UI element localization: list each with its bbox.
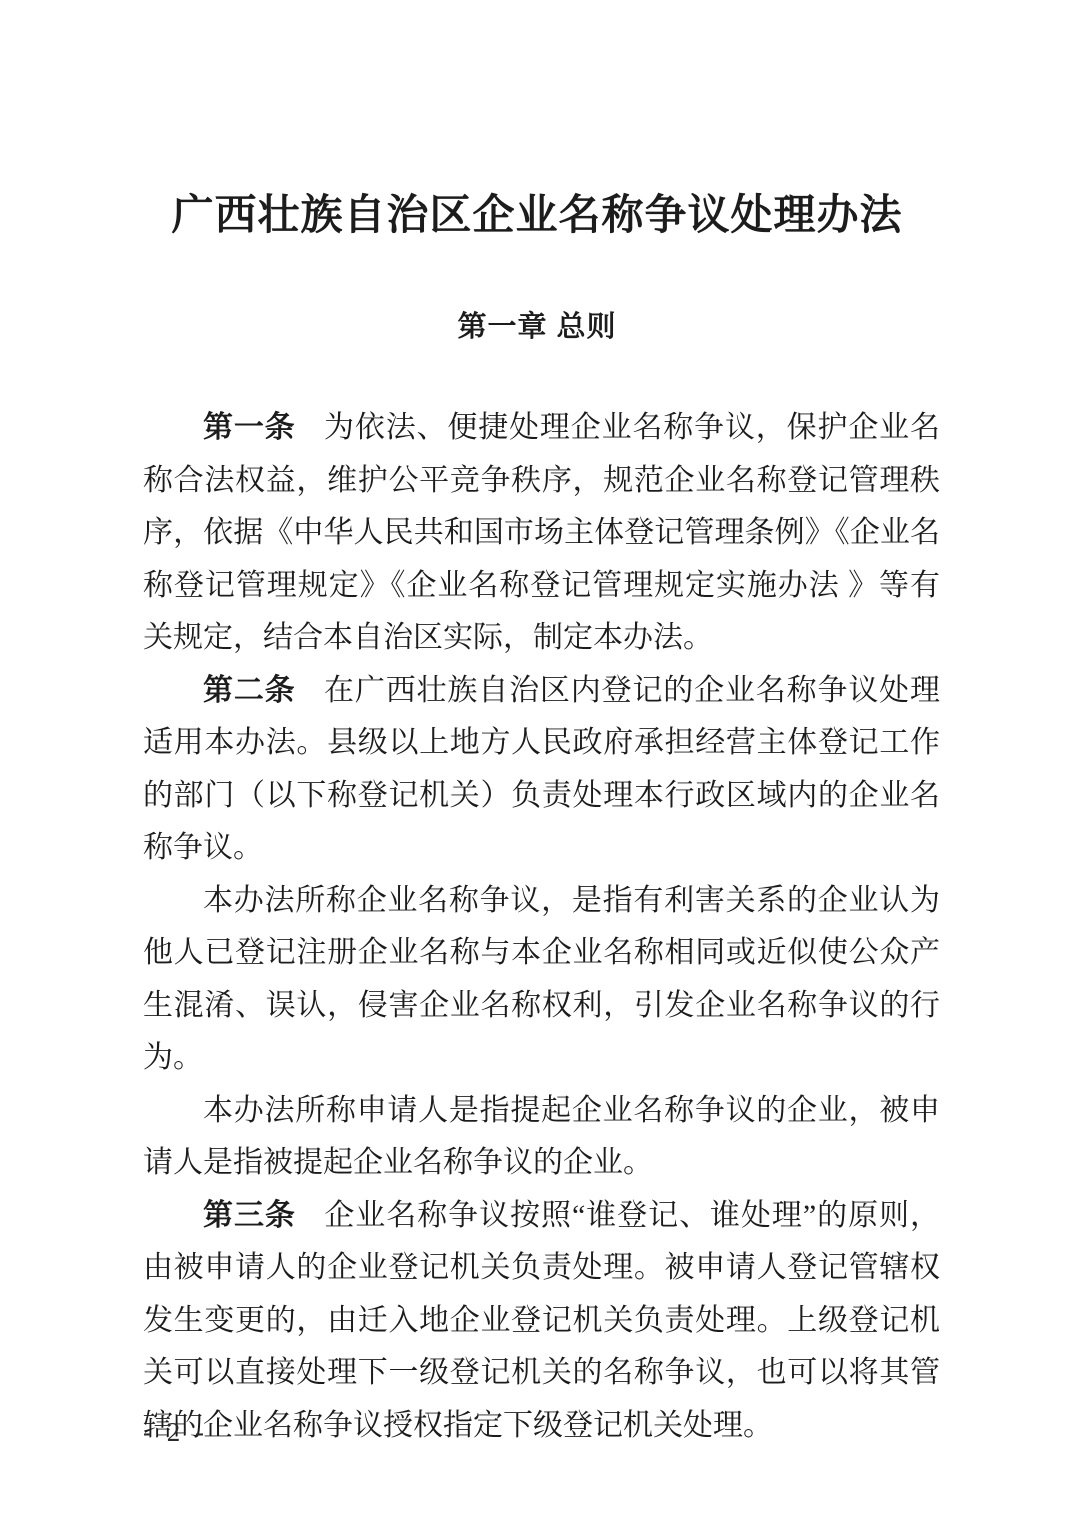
document-body: 第一条为依法、便捷处理企业名称争议，保护企业名称合法权益，维护公平竞争秩序，规范… bbox=[143, 402, 940, 1452]
article-3-text: 企业名称争议按照“谁登记、谁处理”的原则，由被申请人的企业登记机关负责处理。被申… bbox=[143, 1199, 940, 1442]
article-3-label: 第三条 bbox=[203, 1199, 296, 1232]
article-2-definition-text: 本办法所称企业名称争议，是指有利害关系的企业认为他人已登记注册企业名称与本企业名… bbox=[143, 884, 940, 1075]
chapter-heading: 第一章 总则 bbox=[0, 310, 1074, 344]
page-number: - 2 - bbox=[143, 1417, 208, 1448]
paragraph-article-2-definition: 本办法所称企业名称争议，是指有利害关系的企业认为他人已登记注册企业名称与本企业名… bbox=[143, 875, 940, 1085]
article-1-label: 第一条 bbox=[203, 411, 296, 444]
paragraph-article-2-parties: 本办法所称申请人是指提起企业名称争议的企业，被申请人是指被提起企业名称争议的企业… bbox=[143, 1085, 940, 1190]
article-2-label: 第二条 bbox=[203, 674, 296, 707]
paragraph-article-2: 第二条在广西壮族自治区内登记的企业名称争议处理适用本办法。县级以上地方人民政府承… bbox=[143, 665, 940, 875]
article-1-text: 为依法、便捷处理企业名称争议，保护企业名称合法权益，维护公平竞争秩序，规范企业名… bbox=[143, 411, 940, 654]
document-page: 广西壮族自治区企业名称争议处理办法 第一章 总则 第一条为依法、便捷处理企业名称… bbox=[0, 0, 1074, 1520]
paragraph-article-1: 第一条为依法、便捷处理企业名称争议，保护企业名称合法权益，维护公平竞争秩序，规范… bbox=[143, 402, 940, 665]
article-2-parties-text: 本办法所称申请人是指提起企业名称争议的企业，被申请人是指被提起企业名称争议的企业… bbox=[143, 1094, 940, 1180]
document-title: 广西壮族自治区企业名称争议处理办法 bbox=[0, 0, 1074, 246]
paragraph-article-3: 第三条企业名称争议按照“谁登记、谁处理”的原则，由被申请人的企业登记机关负责处理… bbox=[143, 1190, 940, 1453]
